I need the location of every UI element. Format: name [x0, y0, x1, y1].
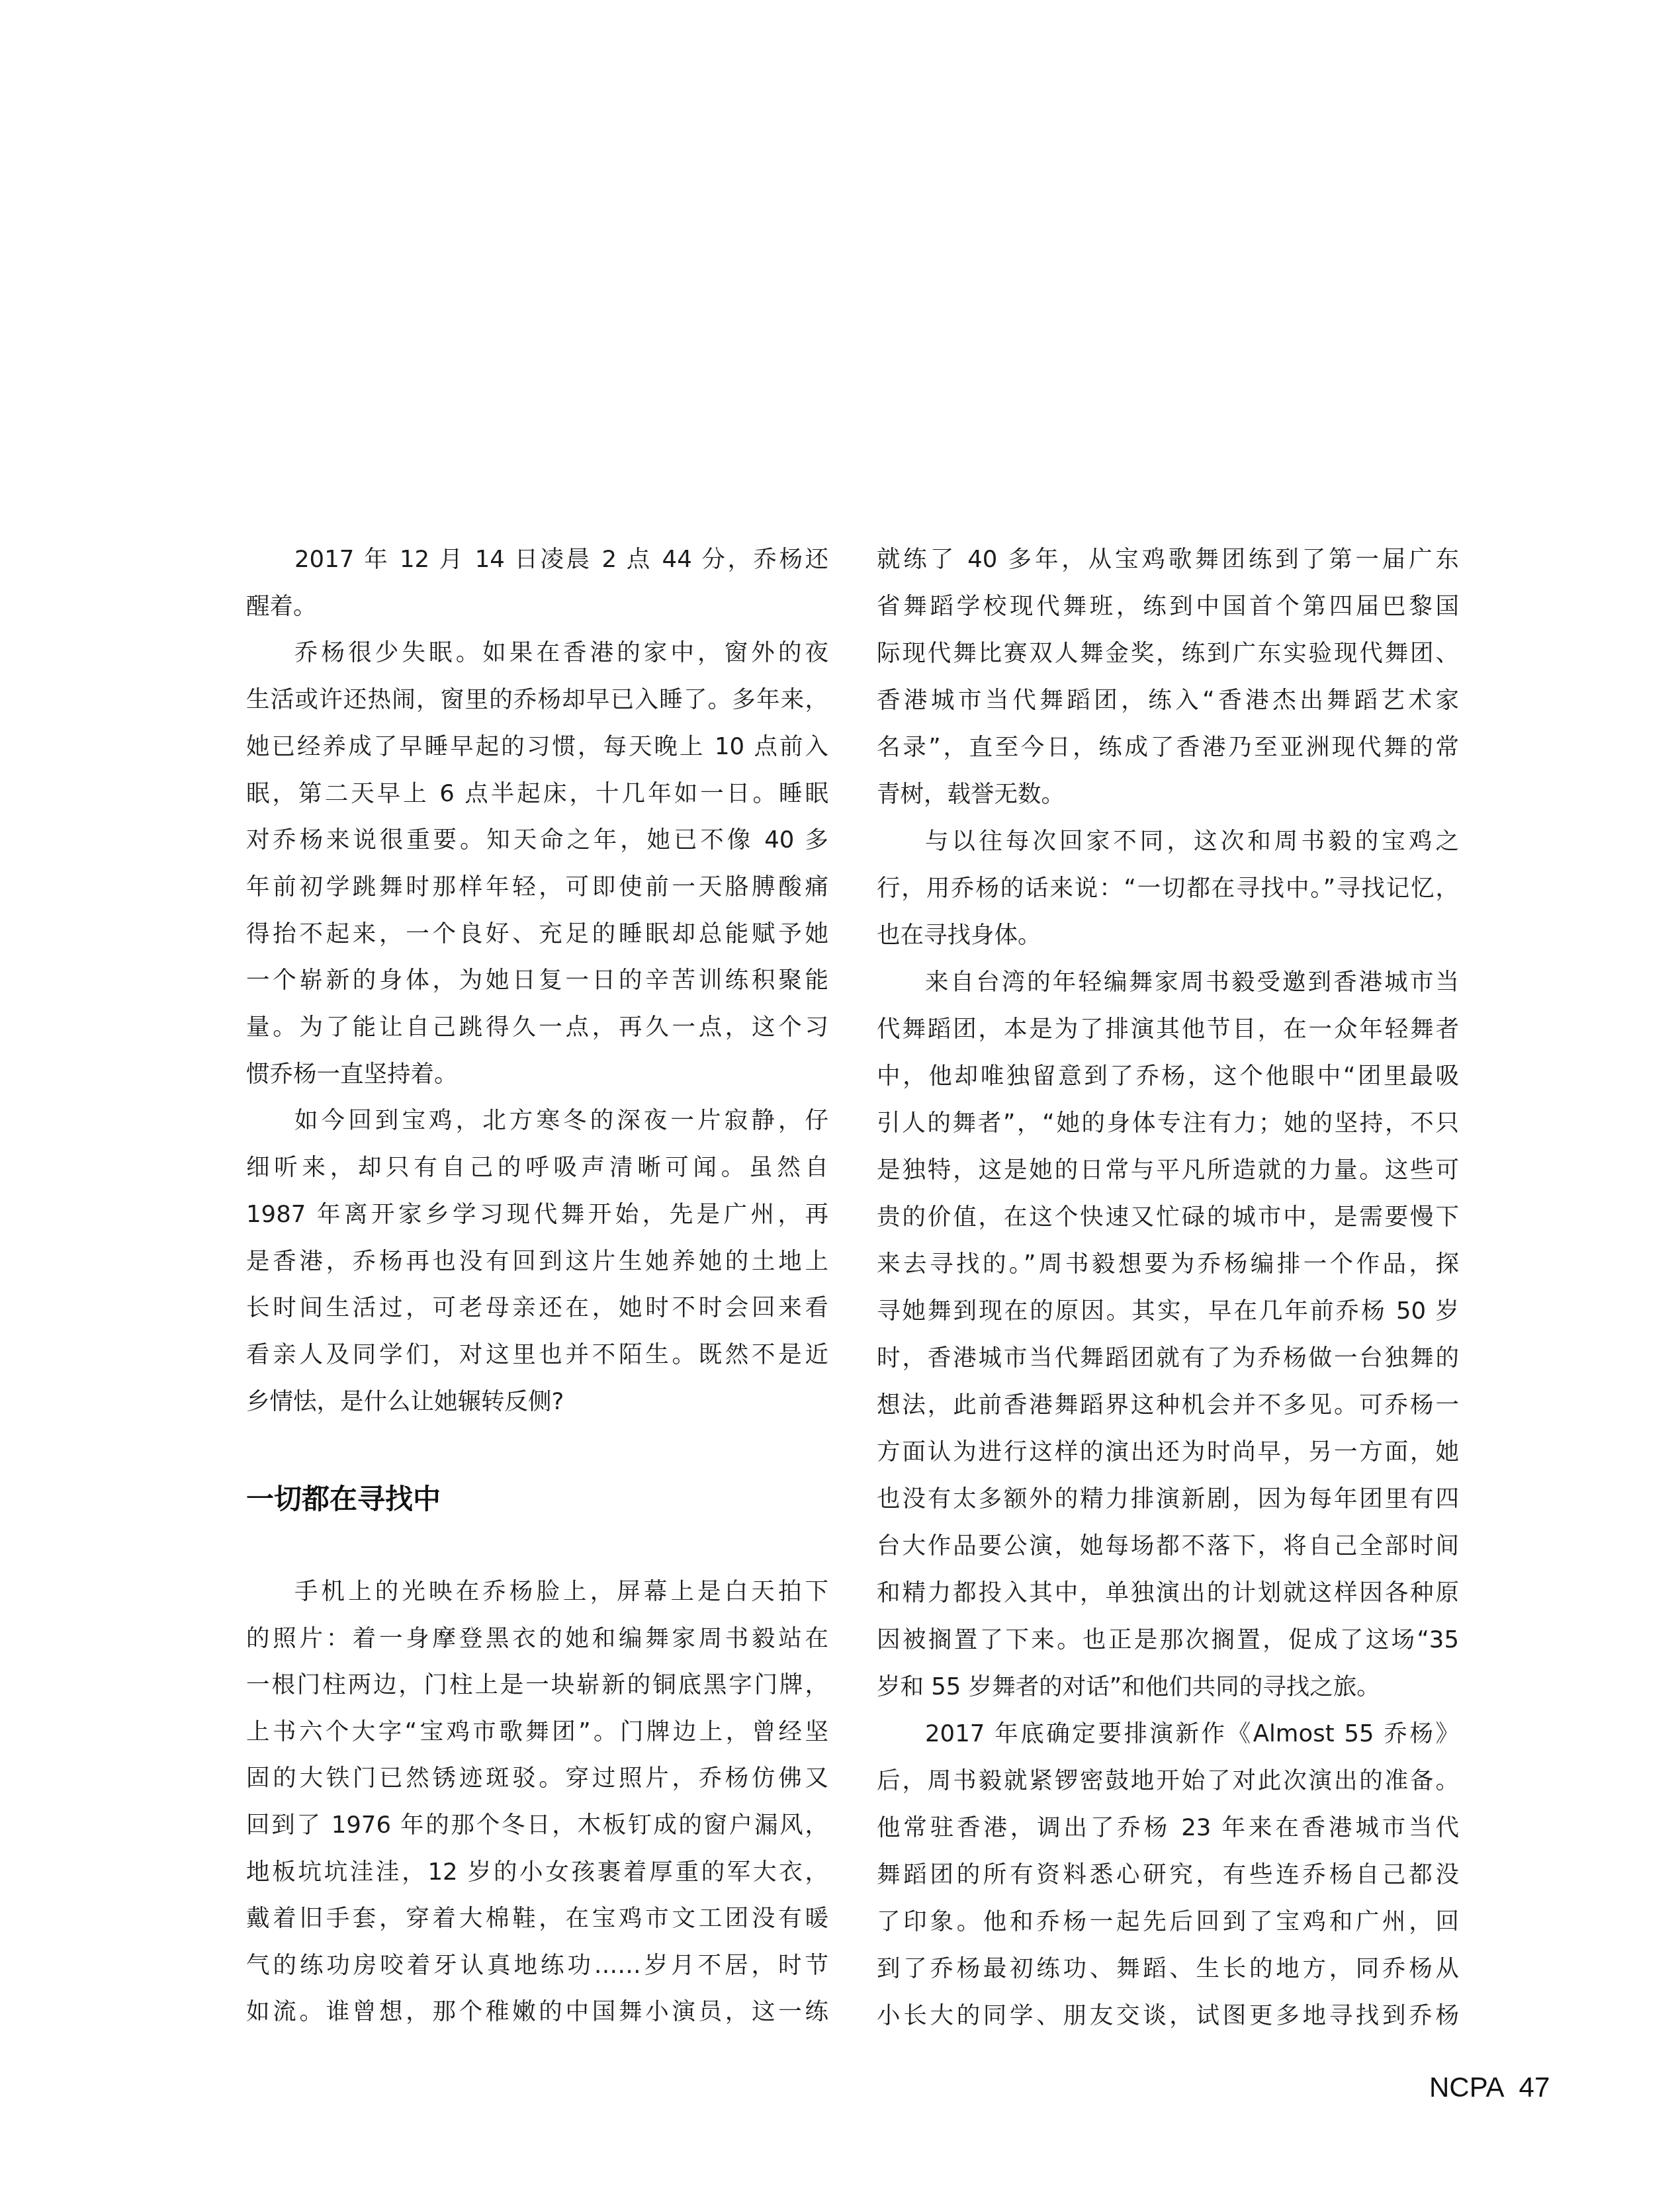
text-line: 中，他却唯独留意到了乔杨，这个他眼中“团里最吸: [877, 1062, 1459, 1091]
text-line: 台大作品要公演，她每场都不落下，将自己全部时间: [877, 1532, 1459, 1561]
text-line: 来自台湾的年轻编舞家周书毅受邀到香港城市当: [877, 968, 1459, 997]
text-line: 引人的舞者”，“她的身体专注有力；她的坚持，不只: [877, 1109, 1459, 1138]
text-line: 眠，第二天早上 6 点半起床，十几年如一日。睡眠: [246, 779, 828, 809]
text-line: 舞蹈团的所有资料悉心研究，有些连乔杨自己都没: [877, 1860, 1459, 1890]
text-line: 到了乔杨最初练功、舞蹈、生长的地方，同乔杨从: [877, 1954, 1459, 1984]
text-line: 小长大的同学、朋友交谈，试图更多地寻找到乔杨: [877, 2001, 1459, 2031]
text-line: 和精力都投入其中，单独演出的计划就这样因各种原: [877, 1579, 1459, 1608]
text-line: 手机上的光映在乔杨脸上，屏幕上是白天拍下: [246, 1577, 828, 1606]
text-line: 后，周书毅就紧锣密鼓地开始了对此次演出的准备。: [877, 1767, 1459, 1796]
text-line: 是独特，这是她的日常与平凡所造就的力量。这些可: [877, 1156, 1459, 1185]
page-number: 47: [1519, 2072, 1550, 2103]
text-line: 岁和 55 岁舞者的对话”和他们共同的寻找之旅。: [877, 1673, 1459, 1702]
text-line: 乡情怯，是什么让她辗转反侧?: [246, 1387, 828, 1417]
text-line: 看亲人及同学们，对这里也并不陌生。既然不是近: [246, 1340, 828, 1370]
text-line: 来去寻找的。”周书毅想要为乔杨编排一个作品，探: [877, 1250, 1459, 1279]
text-line: 因被搁置了下来。也正是那次搁置，促成了这场“35: [877, 1626, 1459, 1655]
page-footer: NCPA47: [1429, 2072, 1550, 2103]
text-line: 年前初学跳舞时那样年轻，可即使前一天胳膊酸痛: [246, 873, 828, 902]
text-line: 他常驻香港，调出了乔杨 23 年来在香港城市当代: [877, 1814, 1459, 1843]
text-line: 上书六个大字“宝鸡市歌舞团”。门牌边上，曾经坚: [246, 1718, 828, 1747]
text-line: 1987 年离开家乡学习现代舞开始，先是广州，再: [246, 1200, 828, 1229]
text-line: 如今回到宝鸡，北方寒冬的深夜一片寂静，仔: [246, 1106, 828, 1135]
text-line: 了印象。他和乔杨一起先后回到了宝鸡和广州，回: [877, 1907, 1459, 1937]
magazine-page: 2017 年 12 月 14 日凌晨 2 点 44 分，乔杨还醒着。乔杨很少失眠…: [0, 0, 1680, 2188]
text-line: 一根门柱两边，门柱上是一块崭新的铜底黑字门牌，: [246, 1671, 828, 1700]
text-line: 时，香港城市当代舞蹈团就有了为乔杨做一台独舞的: [877, 1344, 1459, 1373]
text-line: 戴着旧手套，穿着大棉鞋，在宝鸡市文工团没有暖: [246, 1904, 828, 1933]
text-line: 想法，此前香港舞蹈界这种机会并不多见。可乔杨一: [877, 1391, 1459, 1420]
text-line: 也没有太多额外的精力排演新剧，因为每年团里有四: [877, 1485, 1459, 1514]
text-line: 贵的价值，在这个快速又忙碌的城市中，是需要慢下: [877, 1203, 1459, 1232]
text-line: 回到了 1976 年的那个冬日，木板钉成的窗户漏风，: [246, 1811, 828, 1840]
text-line: 长时间生活过，可老母亲还在，她时不时会回来看: [246, 1293, 828, 1323]
text-line: 固的大铁门已然锈迹斑驳。穿过照片，乔杨仿佛又: [246, 1764, 828, 1793]
text-line: 青树，载誉无数。: [877, 780, 1459, 809]
right-column: 就练了 40 多年，从宝鸡歌舞团练到了第一届广东省舞蹈学校现代舞班，练到中国首个…: [877, 0, 1459, 2188]
left-column: 2017 年 12 月 14 日凌晨 2 点 44 分，乔杨还醒着。乔杨很少失眠…: [246, 0, 828, 2188]
text-line: 香港城市当代舞蹈团，练入“香港杰出舞蹈艺术家: [877, 686, 1459, 715]
text-line: 乔杨很少失眠。如果在香港的家中，窗外的夜: [246, 638, 828, 668]
section-heading: 一切都在寻找中: [246, 1482, 441, 1516]
magazine-name: NCPA: [1429, 2072, 1505, 2103]
text-line: 行，用乔杨的话来说：“一切都在寻找中。”寻找记忆，: [877, 874, 1459, 903]
text-line: 就练了 40 多年，从宝鸡歌舞团练到了第一届广东: [877, 545, 1459, 574]
text-line: 得抬不起来，一个良好、充足的睡眠却总能赋予她: [246, 920, 828, 949]
text-line: 省舞蹈学校现代舞班，练到中国首个第四届巴黎国: [877, 592, 1459, 621]
text-line: 细听来，却只有自己的呼吸声清晰可闻。虽然自: [246, 1153, 828, 1182]
text-line: 方面认为进行这样的演出还为时尚早，另一方面，她: [877, 1438, 1459, 1467]
text-line: 的照片：着一身摩登黑衣的她和编舞家周书毅站在: [246, 1624, 828, 1653]
text-line: 醒着。: [246, 592, 828, 621]
text-line: 生活或许还热闹，窗里的乔杨却早已入睡了。多年来，: [246, 685, 828, 715]
text-line: 名录”，直至今日，练成了香港乃至亚洲现代舞的常: [877, 733, 1459, 762]
text-line: 代舞蹈团，本是为了排演其他节目，在一众年轻舞者: [877, 1015, 1459, 1044]
text-line: 气的练功房咬着牙认真地练功……岁月不居，时节: [246, 1951, 828, 1980]
text-line: 地板坑坑洼洼，12 岁的小女孩裹着厚重的军大衣，: [246, 1858, 828, 1887]
text-line: 如流。谁曾想，那个稚嫩的中国舞小演员，这一练: [246, 1997, 828, 2027]
text-line: 际现代舞比赛双人舞金奖，练到广东实验现代舞团、: [877, 639, 1459, 668]
text-line: 对乔杨来说很重要。知天命之年，她已不像 40 多: [246, 826, 828, 855]
text-line: 她已经养成了早睡早起的习惯，每天晚上 10 点前入: [246, 732, 828, 762]
text-line: 也在寻找身体。: [877, 921, 1459, 950]
text-line: 2017 年底确定要排演新作《Almost 55 乔杨》: [877, 1720, 1459, 1749]
text-line: 惯乔杨一直坚持着。: [246, 1060, 828, 1089]
text-line: 一个崭新的身体，为她日复一日的辛苦训练积聚能: [246, 966, 828, 995]
text-line: 是香港，乔杨再也没有回到这片生她养她的土地上: [246, 1247, 828, 1276]
text-line: 与以往每次回家不同，这次和周书毅的宝鸡之: [877, 827, 1459, 856]
text-line: 2017 年 12 月 14 日凌晨 2 点 44 分，乔杨还: [246, 545, 828, 574]
text-line: 量。为了能让自己跳得久一点，再久一点，这个习: [246, 1013, 828, 1042]
text-line: 寻她舞到现在的原因。其实，早在几年前乔杨 50 岁: [877, 1297, 1459, 1326]
